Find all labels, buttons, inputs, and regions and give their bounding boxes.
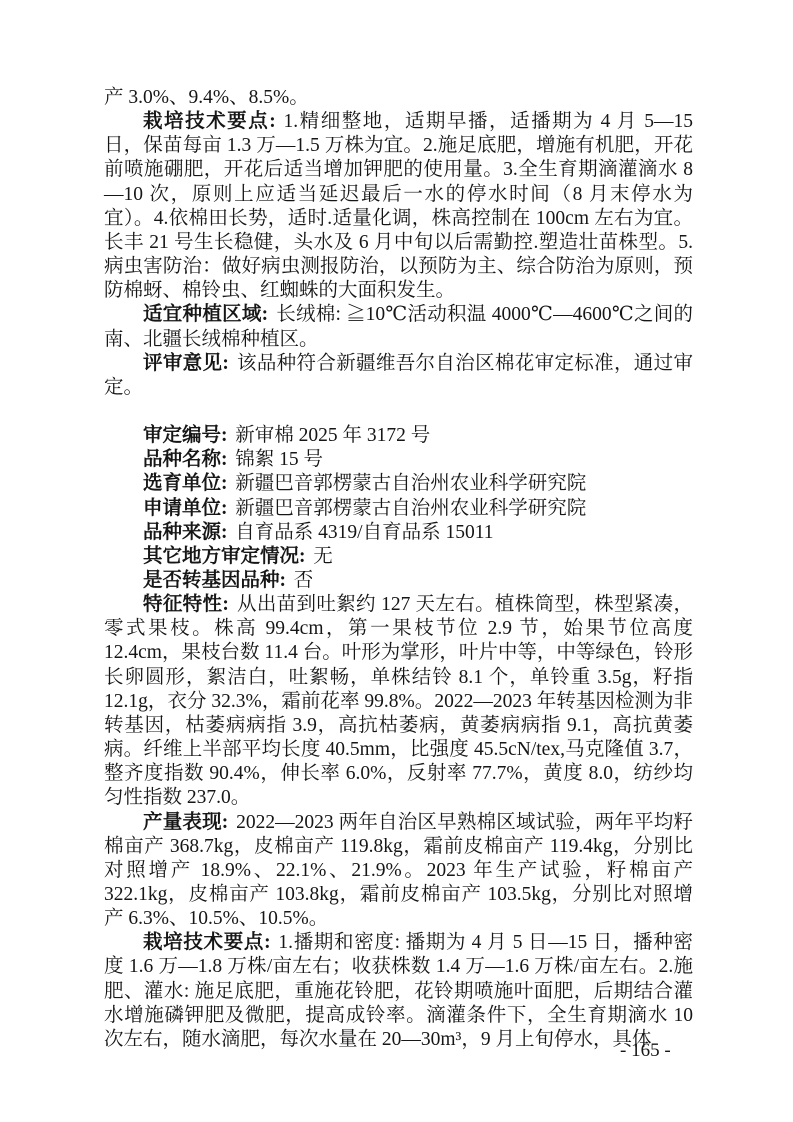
field-value-breeding-unit: 新疆巴音郭楞蒙古自治州农业科学研究院 (235, 473, 586, 494)
field-value-variety-origin: 自育品系 4319/自育品系 15011 (235, 522, 493, 543)
paragraph-label-yield-performance: 产量表现: (143, 812, 228, 833)
paragraph-cultivation-points-2: 栽培技术要点:1.播期和密度: 播期为 4 月 5 日—15 日，播种密度 1.… (104, 931, 693, 1052)
field-value-gmo-status: 否 (294, 570, 314, 591)
field-label-breeding-unit: 选育单位: (143, 473, 228, 494)
field-other-approval-status: 其它地方审定情况:无 (104, 545, 693, 569)
continuation-text: 产 3.0%、9.4%、8.5%。 (104, 87, 309, 108)
paragraph-review-opinion: 评审意见:该品种符合新疆维吾尔自治区棉花审定标准，通过审定。 (104, 352, 693, 400)
field-value-applicant-unit: 新疆巴音郭楞蒙古自治州农业科学研究院 (235, 498, 586, 519)
field-label-applicant-unit: 申请单位: (143, 498, 228, 519)
field-label-gmo-status: 是否转基因品种: (143, 570, 286, 591)
paragraph-label-cultivation-points-2: 栽培技术要点: (143, 932, 271, 953)
variety-info-fields: 审定编号:新审棉 2025 年 3172 号 品种名称:锦絮 15 号 选育单位… (104, 424, 693, 593)
field-label-approval-number: 审定编号: (143, 425, 228, 446)
paragraph-suitable-region: 适宜种植区域:长绒棉: ≧10℃活动积温 4000℃—4600℃之间的南、北疆长… (104, 303, 693, 351)
field-label-other-approval-status: 其它地方审定情况: (143, 546, 306, 567)
paragraph-label-characteristics: 特征特性: (143, 594, 229, 615)
field-label-variety-name: 品种名称: (143, 449, 228, 470)
text-content: 产 3.0%、9.4%、8.5%。 栽培技术要点:1.精细整地，适期早播，适播期… (104, 86, 693, 1052)
field-label-variety-origin: 品种来源: (143, 522, 228, 543)
field-variety-name: 品种名称:锦絮 15 号 (104, 448, 693, 472)
field-approval-number: 审定编号:新审棉 2025 年 3172 号 (104, 424, 693, 448)
paragraph-text-characteristics: 从出苗到吐絮约 127 天左右。植株筒型，株型紧凑，零式果枝。株高 99.4cm… (104, 594, 693, 808)
field-gmo-status: 是否转基因品种:否 (104, 569, 693, 593)
continuation-paragraph: 产 3.0%、9.4%、8.5%。 (104, 86, 693, 110)
field-value-other-approval-status: 无 (313, 546, 333, 567)
document-page: 产 3.0%、9.4%、8.5%。 栽培技术要点:1.精细整地，适期早播，适播期… (0, 0, 793, 1122)
field-value-variety-name: 锦絮 15 号 (235, 449, 323, 470)
paragraph-characteristics: 特征特性:从出苗到吐絮约 127 天左右。植株筒型，株型紧凑，零式果枝。株高 9… (104, 593, 693, 810)
paragraph-label-suitable-region: 适宜种植区域: (143, 304, 268, 325)
paragraph-text-cultivation-points-1: 1.精细整地，适期早播，适播期为 4 月 5—15 日，保苗每亩 1.3 万—1… (104, 111, 693, 301)
field-variety-origin: 品种来源:自育品系 4319/自育品系 15011 (104, 521, 693, 545)
field-applicant-unit: 申请单位:新疆巴音郭楞蒙古自治州农业科学研究院 (104, 497, 693, 521)
paragraph-yield-performance: 产量表现:2022—2023 两年自治区早熟棉区域试验，两年平均籽棉亩产 368… (104, 811, 693, 932)
paragraph-label-cultivation-points-1: 栽培技术要点: (143, 111, 276, 132)
paragraph-label-review-opinion: 评审意见: (143, 353, 229, 374)
field-breeding-unit: 选育单位:新疆巴音郭楞蒙古自治州农业科学研究院 (104, 472, 693, 496)
field-value-approval-number: 新审棉 2025 年 3172 号 (235, 425, 430, 446)
paragraph-cultivation-points-1: 栽培技术要点:1.精细整地，适期早播，适播期为 4 月 5—15 日，保苗每亩 … (104, 110, 693, 303)
page-number: - 165 - (620, 1040, 671, 1062)
